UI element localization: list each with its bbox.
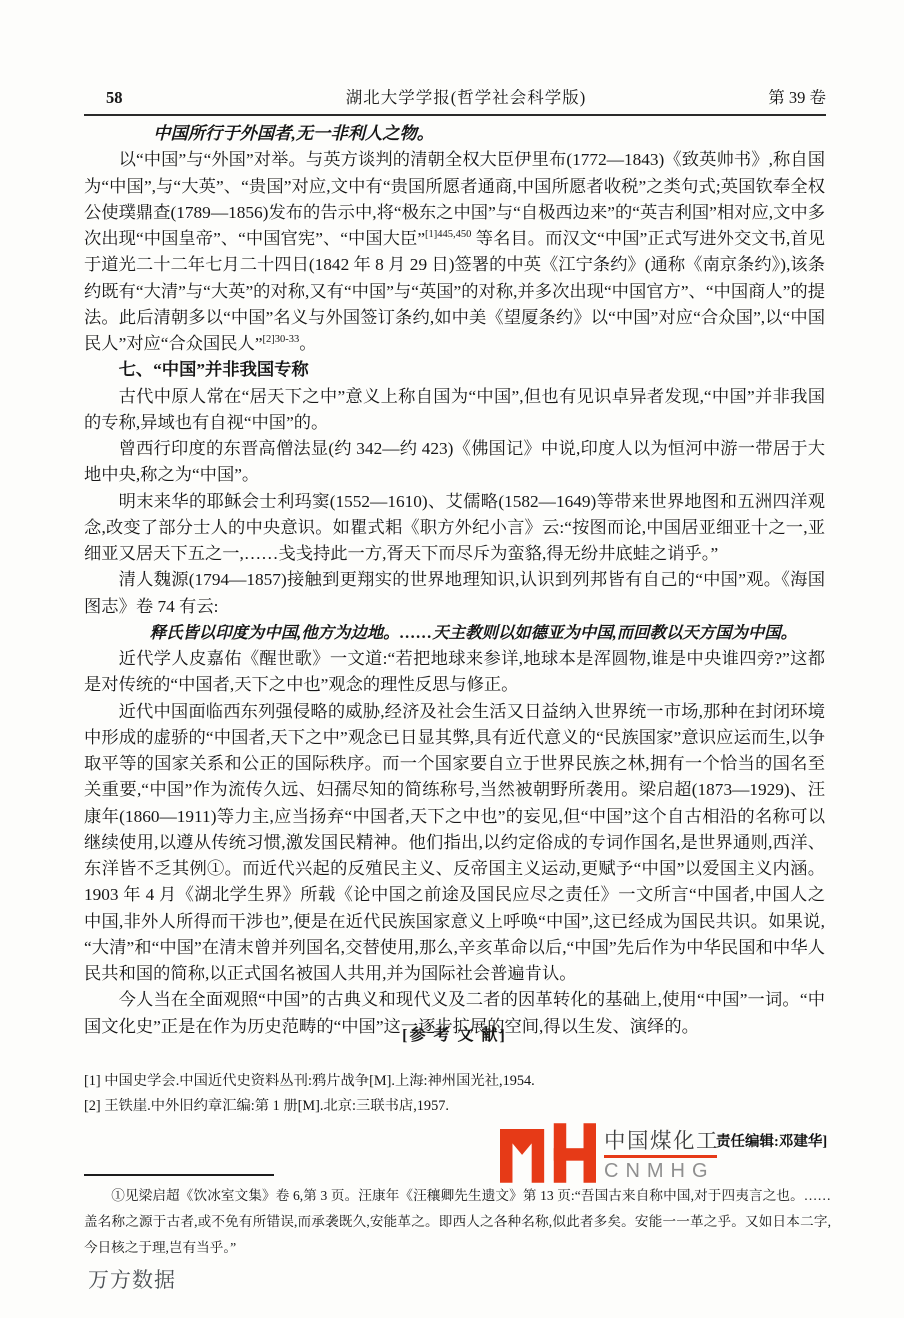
reference-item: [2] 王铁崖.中外旧约章汇编:第 1 册[M].北京:三联书店,1957. — [84, 1094, 825, 1119]
article-body: 中国所行于外国者,无一非利人之物。 以“中国”与“外国”对举。与英方谈判的清朝全… — [84, 121, 825, 1040]
reference-item: [1] 中国史学会.中国近代史资料丛刊:鸦片战争[M].上海:神州国光社,195… — [84, 1069, 825, 1094]
paragraph-modern-nation: 近代中国面临西东列强侵略的威胁,经济及社会生活又日益纳入世界统一市场,那种在封闭… — [84, 699, 825, 988]
footnote-separator — [84, 1174, 274, 1176]
running-head: 58 湖北大学学报(哲学社会科学版) 第 39 卷 — [84, 84, 826, 116]
paragraph-jesuits: 明末来华的耶稣会士利玛窦(1552—1610)、艾儒略(1582—1649)等带… — [84, 489, 825, 568]
coalchem-brand-name: 中国煤化工 — [604, 1124, 719, 1155]
paragraph-pijiayou: 近代学人皮嘉佑《醒世歌》一文道:“若把地球来参详,地球本是浑圆物,谁是中央谁四旁… — [84, 646, 825, 699]
citation-superscript-2: [2]30-33 — [263, 334, 300, 345]
wanfang-watermark: 万方数据 — [88, 1264, 176, 1294]
journal-title: 湖北大学学报(哲学社会科学版) — [246, 84, 686, 108]
references-heading: [参 考 文 献] — [84, 1022, 825, 1045]
block-quote-haiguotuzhi: 释氏皆以印度为中国,他方为边地。……天主教则以如德亚为中国,而回教以天方国为中国… — [84, 620, 825, 646]
paragraph-weiyuan: 清人魏源(1794—1857)接触到更翔实的世界地理知识,认识到列邦皆有自己的“… — [84, 567, 825, 620]
references-section: [参 考 文 献] [1] 中国史学会.中国近代史资料丛刊:鸦片战争[M].上海… — [84, 1022, 825, 1119]
journal-page-scan: 58 湖北大学学报(哲学社会科学版) 第 39 卷 中国所行于外国者,无一非利人… — [0, 0, 904, 1318]
editor-note: 责任编辑:邓建华] — [716, 1130, 827, 1151]
section-heading-seven: 七、“中国”并非我国专称 — [84, 357, 825, 383]
opening-quote: 中国所行于外国者,无一非利人之物。 — [84, 121, 825, 147]
paragraph-text: 。 — [299, 334, 316, 353]
brand-underline — [604, 1155, 717, 1158]
paragraph-faxian: 曾西行印度的东晋高僧法显(约 342—约 423)《佛国记》中说,印度人以为恒河… — [84, 436, 825, 489]
paragraph-treaty-usage: 以“中国”与“外国”对举。与英方谈判的清朝全权大臣伊里布(1772—1843)《… — [84, 147, 825, 357]
footnote-section: ①见梁启超《饮冰室文集》卷 6,第 3 页。汪康年《汪穰卿先生遗文》第 13 页… — [84, 1174, 831, 1261]
footnote-text: ①见梁启超《饮冰室文集》卷 6,第 3 页。汪康年《汪穰卿先生遗文》第 13 页… — [84, 1183, 831, 1261]
citation-superscript-1: [1]445,450 — [425, 229, 471, 240]
volume-label: 第 39 卷 — [686, 84, 826, 108]
page-number: 58 — [84, 88, 246, 108]
paragraph-ancient-usage: 古代中原人常在“居天下之中”意义上称自国为“中国”,但也有见识卓异者发现,“中国… — [84, 384, 825, 437]
